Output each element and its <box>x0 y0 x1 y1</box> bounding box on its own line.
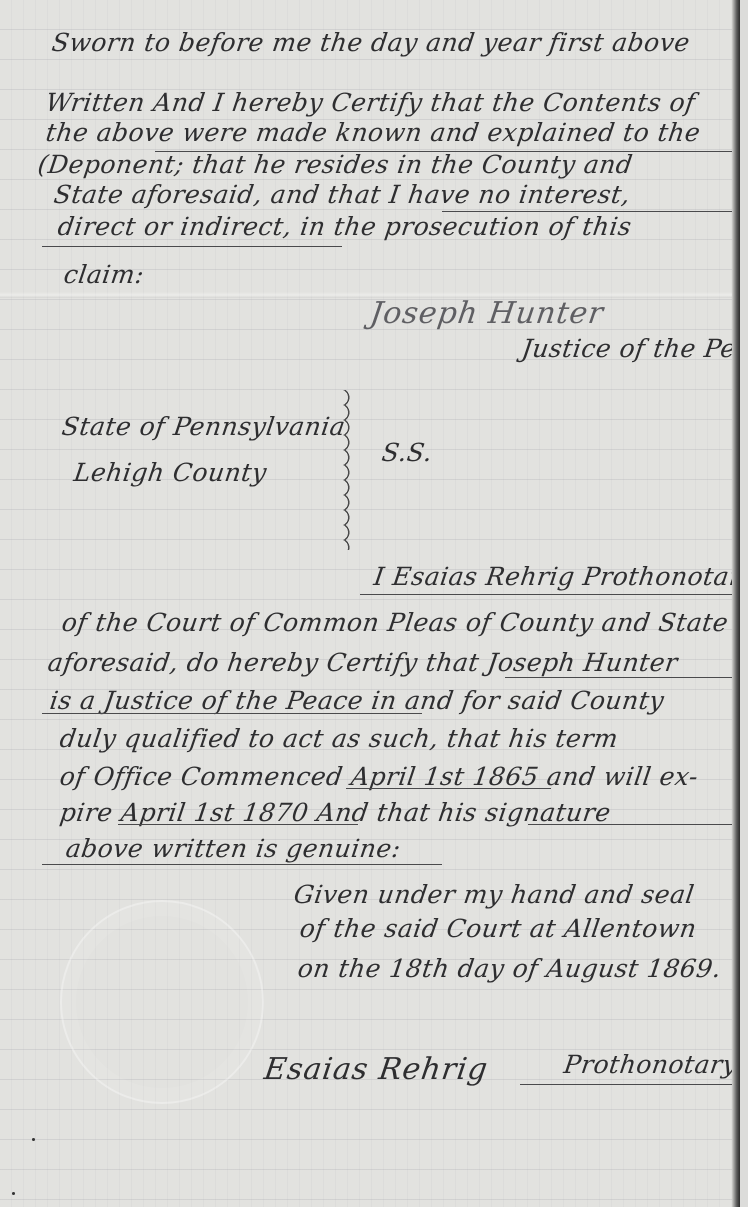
venue-county: Lehigh County <box>72 458 269 487</box>
ink-speck <box>12 1192 15 1195</box>
attestation-line-2: of the said Court at Allentown <box>298 914 699 943</box>
certificate-line-2: of the Court of Common Pleas of County a… <box>60 608 730 637</box>
ink-speck <box>32 1138 35 1141</box>
embossed-court-seal <box>60 900 264 1104</box>
justice-signature: Joseph Hunter <box>368 296 606 331</box>
underline <box>42 246 342 247</box>
prothonotary-title: Prothonotary. <box>562 1050 740 1079</box>
underline <box>360 594 740 595</box>
jurat-line-3: the above were made known and explained … <box>44 118 702 147</box>
venue-brace <box>340 390 362 550</box>
underline <box>346 788 551 789</box>
underline <box>520 1084 740 1085</box>
attestation-line-3: on the 18th day of August 1869. <box>296 954 723 983</box>
venue-ss: S.S. <box>380 438 434 467</box>
underline <box>505 677 735 678</box>
underline <box>42 713 422 714</box>
jurat-line-4: (Deponent; that he resides in the County… <box>36 150 635 179</box>
venue-state: State of Pennsylvania <box>60 412 347 441</box>
certificate-line-8: above written is genuine: <box>64 834 403 863</box>
underline <box>118 824 358 825</box>
jurat-line-2: Written And I hereby Certify that the Co… <box>44 88 697 117</box>
scan-edge <box>732 0 740 1207</box>
underline <box>528 824 740 825</box>
jurat-line-6: direct or indirect, in the prosecution o… <box>56 212 634 241</box>
certificate-line-6: of Office Commenced April 1st 1865 and w… <box>58 762 700 791</box>
jurat-line-5: State aforesaid, and that I have no inte… <box>52 180 632 209</box>
certificate-line-7: pire April 1st 1870 And that his signatu… <box>58 798 613 827</box>
jurat-line-1: Sworn to before me the day and year firs… <box>50 28 692 57</box>
paper-fold <box>0 292 740 298</box>
jurat-line-7: claim: <box>62 260 146 289</box>
document-page: Sworn to before me the day and year firs… <box>0 0 740 1207</box>
certificate-line-3: aforesaid, do hereby Certify that Joseph… <box>46 648 680 677</box>
underline <box>42 864 442 865</box>
certificate-line-5: duly qualified to act as such, that his … <box>58 724 620 753</box>
justice-title: Justice of the Peace. <box>520 334 740 363</box>
attestation-line-1: Given under my hand and seal <box>292 880 696 909</box>
certificate-line-1: I Esaias Rehrig Prothonotary <box>372 562 740 591</box>
prothonotary-signature: Esaias Rehrig <box>262 1052 490 1087</box>
certificate-line-4: is a Justice of the Peace in and for sai… <box>48 686 666 715</box>
